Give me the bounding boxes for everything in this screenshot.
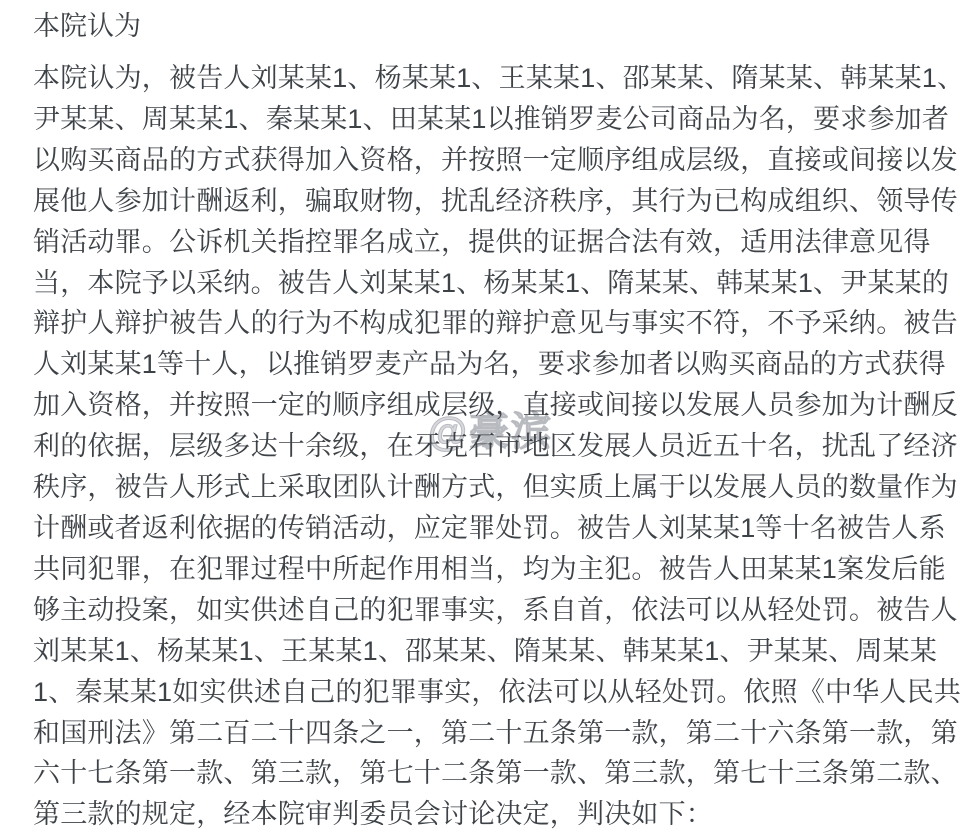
paragraph-line: 和国刑法》第二百二十四条之一，第二十五条第一款，第二十六条第一款，第 [33, 713, 944, 754]
section-title: 本院认为 [33, 6, 944, 47]
paragraph-line: 第三款的规定，经本院审判委员会讨论决定，判决如下： [33, 794, 944, 835]
paragraph-line: 本院认为，被告人刘某某1、杨某某1、王某某1、邵某某、隋某某、韩某某1、 [33, 58, 944, 99]
judgment-paragraph: 本院认为，被告人刘某某1、杨某某1、王某某1、邵某某、隋某某、韩某某1、尹某某、… [33, 58, 944, 835]
paragraph-line: 辩护人辩护被告人的行为不构成犯罪的辩护意见与事实不符，不予采纳。被告 [33, 303, 944, 344]
paragraph-line: 加入资格，并按照一定的顺序组成层级，直接或间接以发展人员参加为计酬反 [33, 385, 944, 426]
paragraph-line: 秩序，被告人形式上采取团队计酬方式，但实质上属于以发展人员的数量作为 [33, 467, 944, 508]
paragraph-line: 尹某某、周某某1、秦某某1、田某某1以推销罗麦公司商品为名，要求参加者 [33, 99, 944, 140]
paragraph-line: 当，本院予以采纳。被告人刘某某1、杨某某1、隋某某、韩某某1、尹某某的 [33, 263, 944, 304]
judgment-document: @豪滨 本院认为 本院认为，被告人刘某某1、杨某某1、王某某1、邵某某、隋某某、… [0, 0, 968, 838]
paragraph-line: 利的依据，层级多达十余级，在牙克石市地区发展人员近五十名，扰乱了经济 [33, 426, 944, 467]
paragraph-line: 六十七条第一款、第三款，第七十二条第一款、第三款，第七十三条第二款、 [33, 753, 944, 794]
paragraph-line: 计酬或者返利依据的传销活动，应定罪处罚。被告人刘某某1等十名被告人系 [33, 508, 944, 549]
paragraph-line: 够主动投案，如实供述自己的犯罪事实，系自首，依法可以从轻处罚。被告人 [33, 590, 944, 631]
paragraph-line: 展他人参加计酬返利，骗取财物，扰乱经济秩序，其行为已构成组织、领导传 [33, 181, 944, 222]
paragraph-line: 共同犯罪，在犯罪过程中所起作用相当，均为主犯。被告人田某某1案发后能 [33, 549, 944, 590]
paragraph-line: 销活动罪。公诉机关指控罪名成立，提供的证据合法有效，适用法律意见得 [33, 222, 944, 263]
paragraph-line: 以购买商品的方式获得加入资格，并按照一定顺序组成层级，直接或间接以发 [33, 140, 944, 181]
paragraph-line: 人刘某某1等十人，以推销罗麦产品为名，要求参加者以购买商品的方式获得 [33, 344, 944, 385]
paragraph-line: 刘某某1、杨某某1、王某某1、邵某某、隋某某、韩某某1、尹某某、周某某 [33, 631, 944, 672]
paragraph-line: 1、秦某某1如实供述自己的犯罪事实，依法可以从轻处罚。依照《中华人民共 [33, 672, 944, 713]
